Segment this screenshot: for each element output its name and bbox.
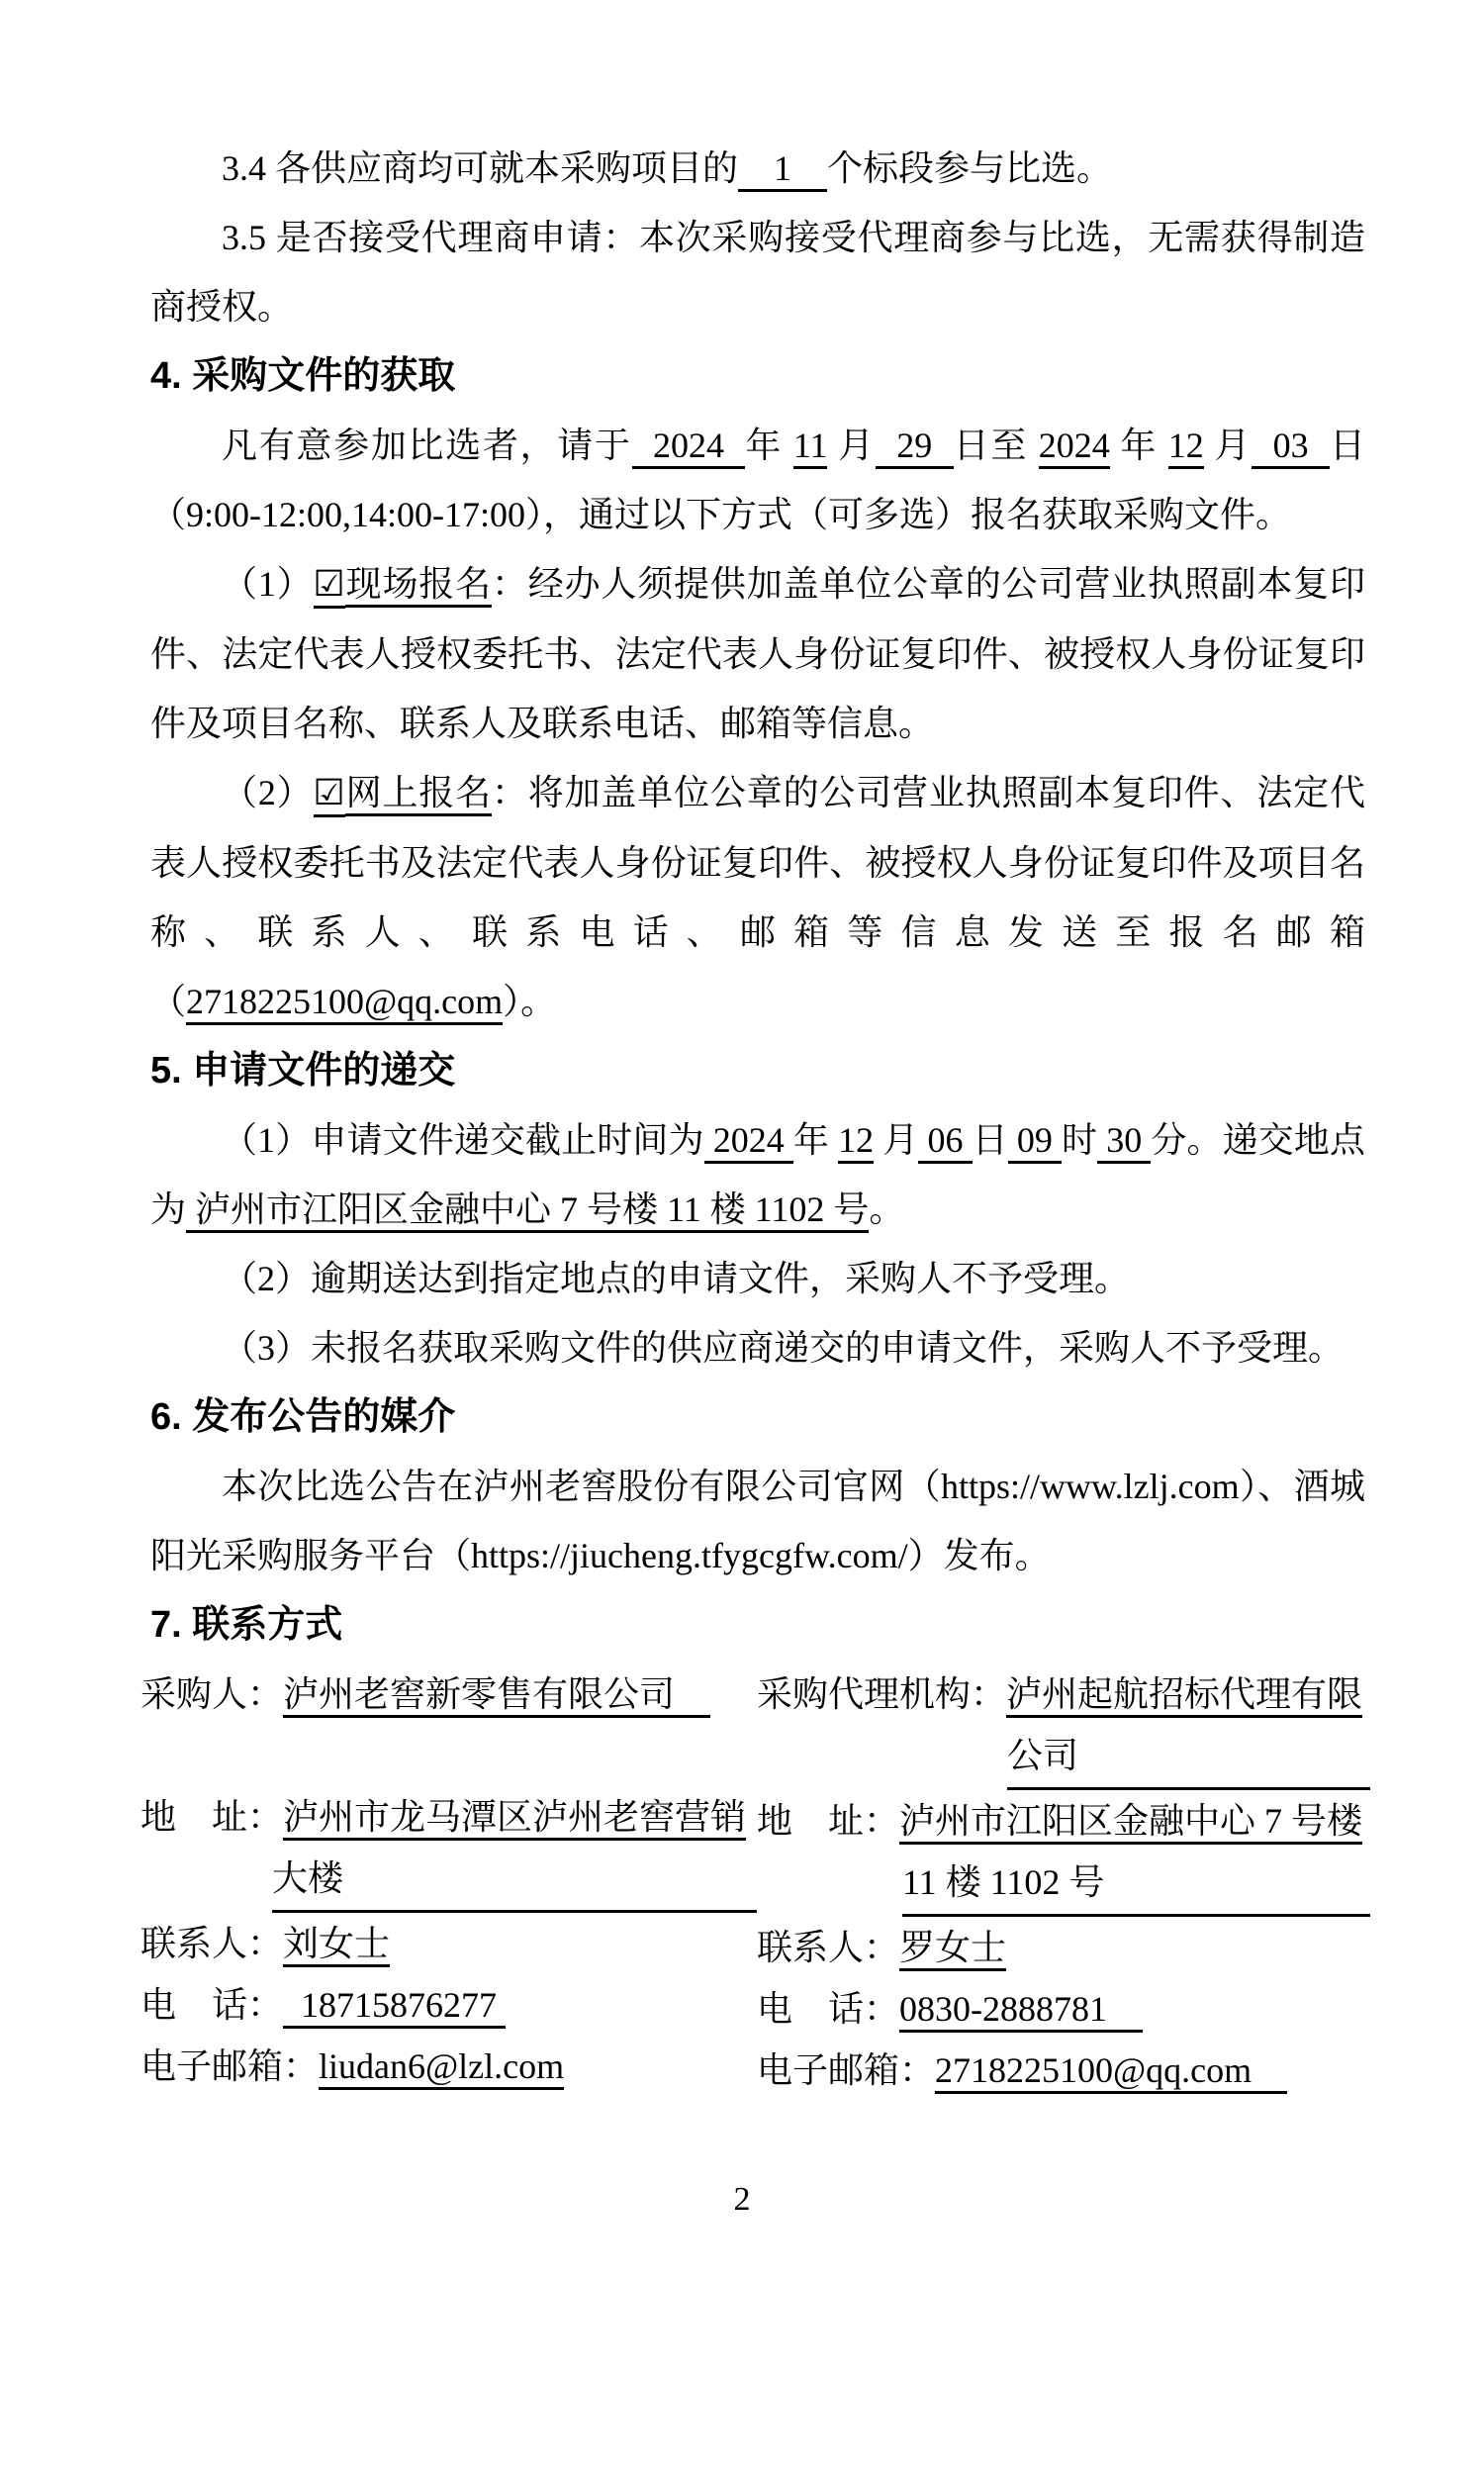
paragraph: （3）未报名获取采购文件的供应商递交的申请文件，采购人不予受理。 [150,1313,1365,1382]
contact-label: 采购人： [140,1674,283,1714]
contact-column-left: 采购人：泸州老窖新零售有限公司 地 址：泸州市龙马潭区泸州老窖营销大楼 联系人：… [140,1663,757,2101]
underlined-field: 06 [918,1120,972,1164]
contact-value: 泸州老窖新零售有限公司 [283,1674,710,1718]
document-page: 3.4 各供应商均可就本采购项目的 1 个标段参与比选。3.5 是否接受代理商申… [0,0,1484,2471]
paragraph: （1）☑现场报名：经办人须提供加盖单位公章的公司营业执照副本复印件、法定代表人授… [150,549,1365,758]
underlined-field: 泸州市江阳区金融中心 7 号楼 11 楼 1102 号 [186,1189,869,1233]
contact-field: 地 址：泸州市龙马潭区泸州老窖营销大楼 [140,1786,757,1913]
section-heading: 6. 发布公告的媒介 [150,1382,1365,1452]
contact-label: 电 话： [140,1985,283,2025]
underlined-field: 2718225100@qq.com [186,982,503,1025]
paragraph: 本次比选公告在泸州老窖股份有限公司官网（https://www.lzlj.com… [150,1452,1365,1590]
contact-value: 罗女士 [899,1928,1006,1971]
contact-field: 采购人：泸州老窖新零售有限公司 [140,1663,757,1786]
contact-label: 电子邮箱： [140,2046,319,2086]
text-run: 3.5 是否接受代理商申请：本次采购接受代理商参与比选，无需获得制造商授权。 [150,218,1365,327]
text-run: 年 [745,426,792,465]
contact-label: 采购代理机构： [757,1674,1006,1714]
contact-label: 地 址： [140,1797,283,1837]
contact-value-line2: 11 楼 1102 号 [902,1852,1370,1917]
contact-value: 泸州市江阳区金融中心 7 号楼 [899,1801,1362,1845]
contact-value-line2: 公司 [1007,1725,1370,1790]
paragraph: （2）逾期送达到指定地点的申请文件，采购人不予受理。 [150,1244,1365,1313]
text-run: （2）逾期送达到指定地点的申请文件，采购人不予受理。 [222,1259,1130,1298]
text-run: （3）未报名获取采购文件的供应商递交的申请文件，采购人不予受理。 [222,1328,1344,1368]
section-heading: 5. 申请文件的递交 [150,1036,1365,1105]
text-run: 年 [1110,426,1168,465]
text-run: ）。 [503,982,556,1021]
contact-field: 电子邮箱：2718225100@qq.com [757,2040,1370,2101]
contact-label: 地 址： [757,1801,899,1841]
underlined-field: 现场报名 [345,564,492,608]
text-run: 年 [793,1120,838,1160]
contact-field: 联系人：刘女士 [140,1913,757,1974]
underlined-field: 09 [1008,1120,1062,1164]
contact-value: 泸州市龙马潭区泸州老窖营销 [283,1797,746,1841]
contact-field: 电子邮箱：liudan6@lzl.com [140,2036,757,2097]
underlined-field: 03 [1252,426,1330,469]
text-run: 时 [1062,1120,1097,1160]
contact-value: liudan6@lzl.com [319,2046,564,2090]
contact-field: 地 址：泸州市江阳区金融中心 7 号楼11 楼 1102 号 [757,1790,1370,1917]
section-heading: 7. 联系方式 [150,1590,1365,1660]
text-run: 3.4 各供应商均可就本采购项目的 [222,148,738,188]
paragraph: （1）申请文件递交截止时间为 2024 年 12 月 06 日 09 时 30 … [150,1105,1365,1244]
text-run: 月 [874,1120,918,1160]
underlined-field: 2024 [1039,426,1110,469]
underlined-field: 网上报名 [345,773,492,816]
contact-value: 2718225100@qq.com [935,2050,1287,2094]
text-run: 日至 [954,426,1039,465]
checkbox-checked-icon: ☑ [314,773,345,817]
checkbox-checked-icon: ☑ [314,564,345,609]
page-number: 2 [0,2180,1484,2220]
paragraph: 3.5 是否接受代理商申请：本次采购接受代理商参与比选，无需获得制造商授权。 [150,203,1365,341]
contact-field: 采购代理机构：泸州起航招标代理有限公司 [757,1663,1370,1790]
underlined-field: 12 [838,1120,874,1164]
underlined-field: 29 [876,426,954,469]
text-run: 月 [827,426,875,465]
underlined-field: 30 [1097,1120,1151,1164]
underlined-field: 11 [793,426,828,469]
contact-field: 电 话： 18715876277 [140,1974,757,2036]
contact-label: 联系人： [757,1928,899,1967]
contact-value: 18715876277 [283,1985,506,2029]
text-run: （1） [222,564,314,604]
underlined-field: 2024 [704,1120,793,1164]
text-run: 个标段参与比选。 [827,148,1112,188]
document-body: 3.4 各供应商均可就本采购项目的 1 个标段参与比选。3.5 是否接受代理商申… [150,134,1365,1660]
underlined-field: 12 [1168,426,1204,469]
text-run: （1）申请文件递交截止时间为 [222,1120,704,1160]
contact-value: 刘女士 [283,1924,390,1967]
contact-value: 0830-2888781 [899,1989,1143,2033]
text-run: 本次比选公告在泸州老窖股份有限公司官网（https://www.lzlj.com… [150,1467,1365,1575]
text-run: 凡有意参加比选者，请于 [222,426,632,465]
underlined-field: 1 [738,148,827,192]
paragraph: 3.4 各供应商均可就本采购项目的 1 个标段参与比选。 [150,134,1365,203]
text-run: 日 [973,1120,1008,1160]
text-run: 月 [1204,426,1252,465]
contact-label: 电 话： [757,1989,899,2029]
underlined-field: 2024 [632,426,746,469]
text-run: （2） [222,773,314,812]
contact-column-right: 采购代理机构：泸州起航招标代理有限公司地 址：泸州市江阳区金融中心 7 号楼11… [757,1663,1370,2101]
paragraph: （2）☑网上报名：将加盖单位公章的公司营业执照副本复印件、法定代表人授权委托书及… [150,758,1365,1036]
contact-section: 采购人：泸州老窖新零售有限公司 地 址：泸州市龙马潭区泸州老窖营销大楼 联系人：… [140,1663,1365,2101]
text-run: 。 [869,1189,904,1229]
contact-value: 泸州起航招标代理有限 [1006,1674,1362,1718]
contact-label: 联系人： [140,1924,283,1963]
contact-field: 电 话：0830-2888781 [757,1978,1370,2040]
paragraph: 凡有意参加比选者，请于 2024 年 11 月 29 日至 2024 年 12 … [150,411,1365,549]
contact-label: 电子邮箱： [757,2050,935,2090]
section-heading: 4. 采购文件的获取 [150,341,1365,411]
contact-value-line2: 大楼 [272,1848,757,1913]
contact-field: 联系人：罗女士 [757,1917,1370,1978]
